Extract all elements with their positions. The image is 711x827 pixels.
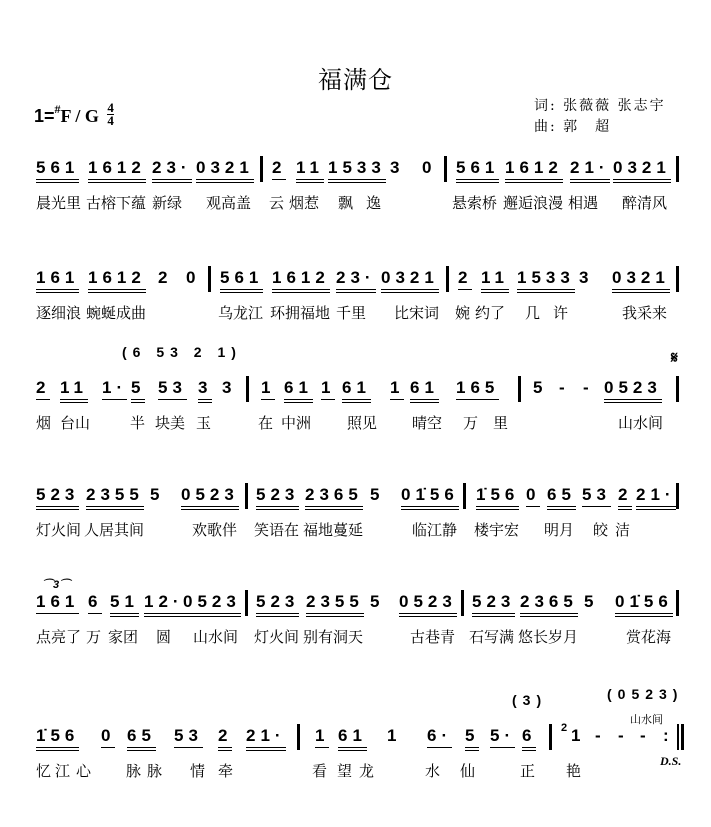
lyric: 在 xyxy=(258,412,273,433)
note-group: 53 xyxy=(582,485,611,507)
note-group: 1 xyxy=(390,378,404,400)
note-group: 0523 xyxy=(399,592,457,617)
pickup-annotation: (0523) xyxy=(607,686,683,702)
note-group: 6 xyxy=(88,592,102,614)
note-group: 5 xyxy=(131,378,145,403)
note-group: 2365 xyxy=(305,485,363,510)
barline xyxy=(549,724,552,750)
time-bottom: 4 xyxy=(107,114,114,127)
note-group: 2 xyxy=(218,726,232,751)
note-group: 1̇56 xyxy=(476,485,519,510)
barline xyxy=(246,376,249,402)
barline xyxy=(676,156,679,182)
note-group: 23· xyxy=(152,158,192,183)
note-group: 0 xyxy=(101,726,115,748)
barline xyxy=(676,590,679,616)
note-group: 11 xyxy=(296,158,324,183)
lyric: 灯火间 xyxy=(254,626,299,647)
note-group: 51 xyxy=(110,592,139,617)
note-group: 523 xyxy=(256,485,299,510)
lyric: 约了 xyxy=(475,302,505,323)
barline xyxy=(518,376,521,402)
note-group: 2 xyxy=(272,158,286,180)
note-group: 5· xyxy=(490,726,515,748)
lyric: 观高盖 xyxy=(206,192,251,213)
lyric: 皎 xyxy=(593,519,608,540)
lyric: 万 xyxy=(86,626,101,647)
lyric: 龙 xyxy=(359,760,374,781)
lyric: 我采来 xyxy=(622,302,667,323)
lyric: 石写满 xyxy=(469,626,514,647)
note-group: 5 xyxy=(150,485,164,505)
lyric: 古巷青 xyxy=(410,626,455,647)
lyric: 古榕下蕴 xyxy=(86,192,146,213)
note-group: 23· xyxy=(336,268,376,293)
alt-notes-annotation: (6 53 2 1) xyxy=(122,344,242,360)
note-group: 1612 xyxy=(88,268,146,293)
segno-icon: 𝄋 xyxy=(671,350,678,368)
note-group: 523 xyxy=(256,592,299,617)
note-group: 3 xyxy=(198,378,212,403)
note-group: 1̇56 xyxy=(36,726,79,751)
lyric: 晴空 xyxy=(412,412,442,433)
note-group: 65 xyxy=(547,485,576,510)
lyric: 笑语在 xyxy=(254,519,299,540)
lyric: 烟惹 xyxy=(289,192,319,213)
lyric: 环拥福地 xyxy=(270,302,330,323)
note-group: 1612 xyxy=(272,268,330,293)
lyric: 悬索桥 xyxy=(452,192,497,213)
note-group: 1612 xyxy=(505,158,563,183)
note-group: 6· xyxy=(427,726,452,748)
lyric: 逸 xyxy=(366,192,381,213)
note-group: 3 xyxy=(579,268,593,288)
note-group: 61 xyxy=(284,378,313,403)
note-group: 1 xyxy=(261,378,275,400)
lyric: 明月 xyxy=(544,519,574,540)
barline xyxy=(245,590,248,616)
composer: 曲: 郭 超 xyxy=(534,117,666,138)
note-group: : xyxy=(663,726,674,746)
note-group: 5 xyxy=(370,592,384,612)
key-signature: 1=#F / G 44 xyxy=(34,104,114,130)
lyric: 圆 xyxy=(156,626,171,647)
note-group: 21· xyxy=(570,158,610,183)
note-group: 0523 xyxy=(181,485,239,510)
note-group: 2 xyxy=(158,268,172,288)
lyric: 江 xyxy=(55,760,70,781)
note-group: 11 xyxy=(60,378,88,403)
note-group: 561 xyxy=(220,268,263,293)
lyric: 心 xyxy=(76,760,91,781)
note-group: - xyxy=(618,726,629,746)
lyric: 水 xyxy=(425,760,440,781)
lyric: 脉 xyxy=(147,760,162,781)
lyric: 蜿蜒成曲 xyxy=(86,302,146,323)
note-group: 5 xyxy=(370,485,384,505)
lyric: 相遇 xyxy=(568,192,598,213)
lyric: 邂逅浪漫 xyxy=(503,192,563,213)
lyric: 楼宇宏 xyxy=(474,519,519,540)
lyric: 欢歌伴 xyxy=(192,519,237,540)
note-group: - xyxy=(595,726,606,746)
barline xyxy=(260,156,263,182)
note-group: 61 xyxy=(338,726,367,751)
lyric: 婉 xyxy=(455,302,470,323)
barline xyxy=(463,483,466,509)
lyric: 台山 xyxy=(60,412,90,433)
note-group: 161 xyxy=(36,268,79,293)
lyric: 洁 xyxy=(615,519,630,540)
lyric: 人居其间 xyxy=(84,519,144,540)
grace-note: 2 xyxy=(561,722,567,734)
lyric: 逐细浪 xyxy=(36,302,81,323)
note-group: 61 xyxy=(410,378,439,403)
note-group: 0 xyxy=(526,485,540,507)
pickup-lyric: 山水间 xyxy=(630,711,663,727)
lyric: 情 xyxy=(190,760,205,781)
note-group: 5 xyxy=(533,378,547,398)
time-signature: 44 xyxy=(107,102,114,127)
barline xyxy=(208,266,211,292)
note-group: 0523 xyxy=(183,592,241,617)
lyric: 块美 xyxy=(155,412,185,433)
barline xyxy=(444,156,447,182)
barline xyxy=(245,483,248,509)
note-group: 12· xyxy=(144,592,184,617)
note-group: 01̇56 xyxy=(401,485,459,510)
lyric: 山水间 xyxy=(618,412,663,433)
note-group: 1 xyxy=(571,726,585,746)
note-group: 161 xyxy=(36,592,79,614)
sharp-icon: # xyxy=(55,102,61,116)
barline xyxy=(297,724,300,750)
lyric: 牵 xyxy=(218,760,233,781)
note-group: 2365 xyxy=(520,592,578,617)
barline xyxy=(446,266,449,292)
song-title: 福满仓 xyxy=(0,60,711,95)
note-group: 0 xyxy=(186,268,200,288)
note-group: 5 xyxy=(465,726,479,751)
barline xyxy=(461,590,464,616)
note-group: 523 xyxy=(36,485,79,510)
lyric: 飘 xyxy=(338,192,353,213)
note-group: 21· xyxy=(246,726,286,751)
lyric: 悠长岁月 xyxy=(518,626,578,647)
note-group: 65 xyxy=(127,726,156,751)
barline xyxy=(676,483,679,509)
note-group: 1533 xyxy=(517,268,575,293)
note-group: 11 xyxy=(481,268,509,293)
lyric: 赏花海 xyxy=(626,626,671,647)
note-group: 6 xyxy=(522,726,536,751)
note-group: 0321 xyxy=(196,158,254,183)
final-barline xyxy=(677,724,679,750)
lyric: 山水间 xyxy=(193,626,238,647)
lyric: 比宋词 xyxy=(394,302,439,323)
lyric: 万 xyxy=(463,412,478,433)
lyric: 脉 xyxy=(126,760,141,781)
lyric: 艳 xyxy=(566,760,581,781)
triplet-mark: ⌒3⌒ xyxy=(42,576,70,592)
note-group: 165 xyxy=(456,378,499,400)
note-group: 2 xyxy=(458,268,472,290)
barline xyxy=(676,266,679,292)
note-group: 1· xyxy=(102,378,127,400)
note-group: 2 xyxy=(36,378,50,400)
note-group: 53 xyxy=(158,378,187,400)
note-group: 0321 xyxy=(613,158,671,183)
lyric: 仙 xyxy=(460,760,475,781)
dal-segno-mark: D.S. xyxy=(660,754,681,769)
lyric: 千里 xyxy=(336,302,366,323)
note-group: 561 xyxy=(456,158,499,183)
lyric: 家团 xyxy=(108,626,138,647)
note-group: 01̇56 xyxy=(615,592,673,617)
note-group: 3 xyxy=(390,158,404,178)
lyric: 醉清风 xyxy=(622,192,667,213)
lyric: 云 xyxy=(269,192,284,213)
note-group: 0523 xyxy=(604,378,662,403)
note-group: 0321 xyxy=(612,268,670,293)
lyric: 晨光里 xyxy=(36,192,81,213)
note-group: 1 xyxy=(321,378,335,400)
lyric: 忆 xyxy=(36,760,51,781)
note-group: 561 xyxy=(36,158,79,183)
lyric: 几 xyxy=(525,302,540,323)
final-barline-thick xyxy=(681,724,684,750)
lyric: 乌龙江 xyxy=(218,302,263,323)
note-group: 21· xyxy=(636,485,676,510)
barline xyxy=(676,376,679,402)
lyric: 望 xyxy=(337,760,352,781)
alt-note-annotation: (3) xyxy=(512,692,547,708)
key-names: F / G xyxy=(61,106,99,126)
note-group: - xyxy=(640,726,651,746)
note-group: 523 xyxy=(472,592,515,617)
note-group: 53 xyxy=(174,726,203,748)
lyric: 正 xyxy=(520,760,535,781)
note-group: - xyxy=(559,378,570,398)
lyric: 中洲 xyxy=(281,412,311,433)
note-group: 1612 xyxy=(88,158,146,183)
lyric: 里 xyxy=(493,412,508,433)
lyric: 看 xyxy=(312,760,327,781)
note-group: 0321 xyxy=(381,268,439,293)
note-group: 2 xyxy=(618,485,632,510)
lyric: 烟 xyxy=(36,412,51,433)
note-group: 5 xyxy=(584,592,598,612)
lyricist: 词: 张薇薇 张志宇 xyxy=(534,96,666,117)
note-group: 0 xyxy=(422,158,436,178)
lyric: 照见 xyxy=(347,412,377,433)
lyric: 点亮了 xyxy=(36,626,81,647)
lyric: 别有洞天 xyxy=(303,626,363,647)
key-prefix: 1= xyxy=(34,106,55,126)
credits: 词: 张薇薇 张志宇 曲: 郭 超 xyxy=(534,96,666,138)
note-group: 3 xyxy=(222,378,236,398)
note-group: 2355 xyxy=(86,485,144,510)
lyric: 福地蔓延 xyxy=(303,519,363,540)
lyric: 半 xyxy=(130,412,145,433)
lyric: 新绿 xyxy=(152,192,182,213)
lyric: 玉 xyxy=(196,412,211,433)
note-group: - xyxy=(583,378,594,398)
lyric: 临江静 xyxy=(412,519,457,540)
note-group: 1533 xyxy=(328,158,386,183)
lyric: 灯火间 xyxy=(36,519,81,540)
lyric: 许 xyxy=(553,302,568,323)
note-group: 1 xyxy=(387,726,401,746)
note-group: 2355 xyxy=(306,592,364,617)
note-group: 61 xyxy=(342,378,371,403)
note-group: 1 xyxy=(315,726,329,748)
